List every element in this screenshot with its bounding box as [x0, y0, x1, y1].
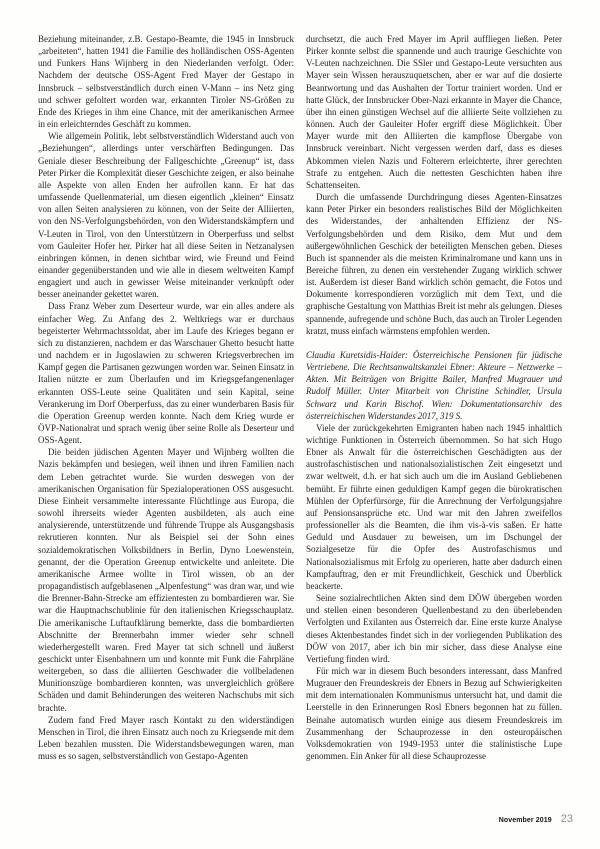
book-citation: Claudia Kuretsidis-Haider: Österreichisc… — [306, 349, 562, 422]
paragraph: Für mich war in diesem Buch besonders in… — [306, 665, 562, 762]
paragraph: Wie allgemein Politik, lebt selbstverstä… — [38, 130, 294, 300]
paragraph: Durch die umfassende Durchdringung diese… — [306, 191, 562, 337]
paragraph: Viele der zurückgekehrten Emigranten hab… — [306, 422, 562, 592]
paragraph: Seine sozialrechtlichen Akten sind dem D… — [306, 592, 562, 665]
paragraph: Die beiden jüdischen Agenten Mayer und W… — [38, 446, 294, 713]
page-number: 23 — [561, 813, 573, 825]
text-columns: Beziehung miteinander, z.B. Gestapo-Beam… — [38, 33, 562, 799]
paragraph: Zudem fand Fred Mayer rasch Kontakt zu d… — [38, 714, 294, 763]
right-column: durchsetzt, die auch Fred Mayer im April… — [306, 33, 562, 799]
paragraph: durchsetzt, die auch Fred Mayer im April… — [306, 33, 562, 191]
paragraph: Dass Franz Weber zum Deserteur wurde, wa… — [38, 300, 294, 446]
issue-date: November 2019 — [499, 817, 552, 824]
journal-page: Beziehung miteinander, z.B. Gestapo-Beam… — [0, 0, 600, 849]
page-footer: November 2019 23 — [499, 813, 573, 825]
left-column: Beziehung miteinander, z.B. Gestapo-Beam… — [38, 33, 294, 799]
paragraph: Beziehung miteinander, z.B. Gestapo-Beam… — [38, 33, 294, 130]
